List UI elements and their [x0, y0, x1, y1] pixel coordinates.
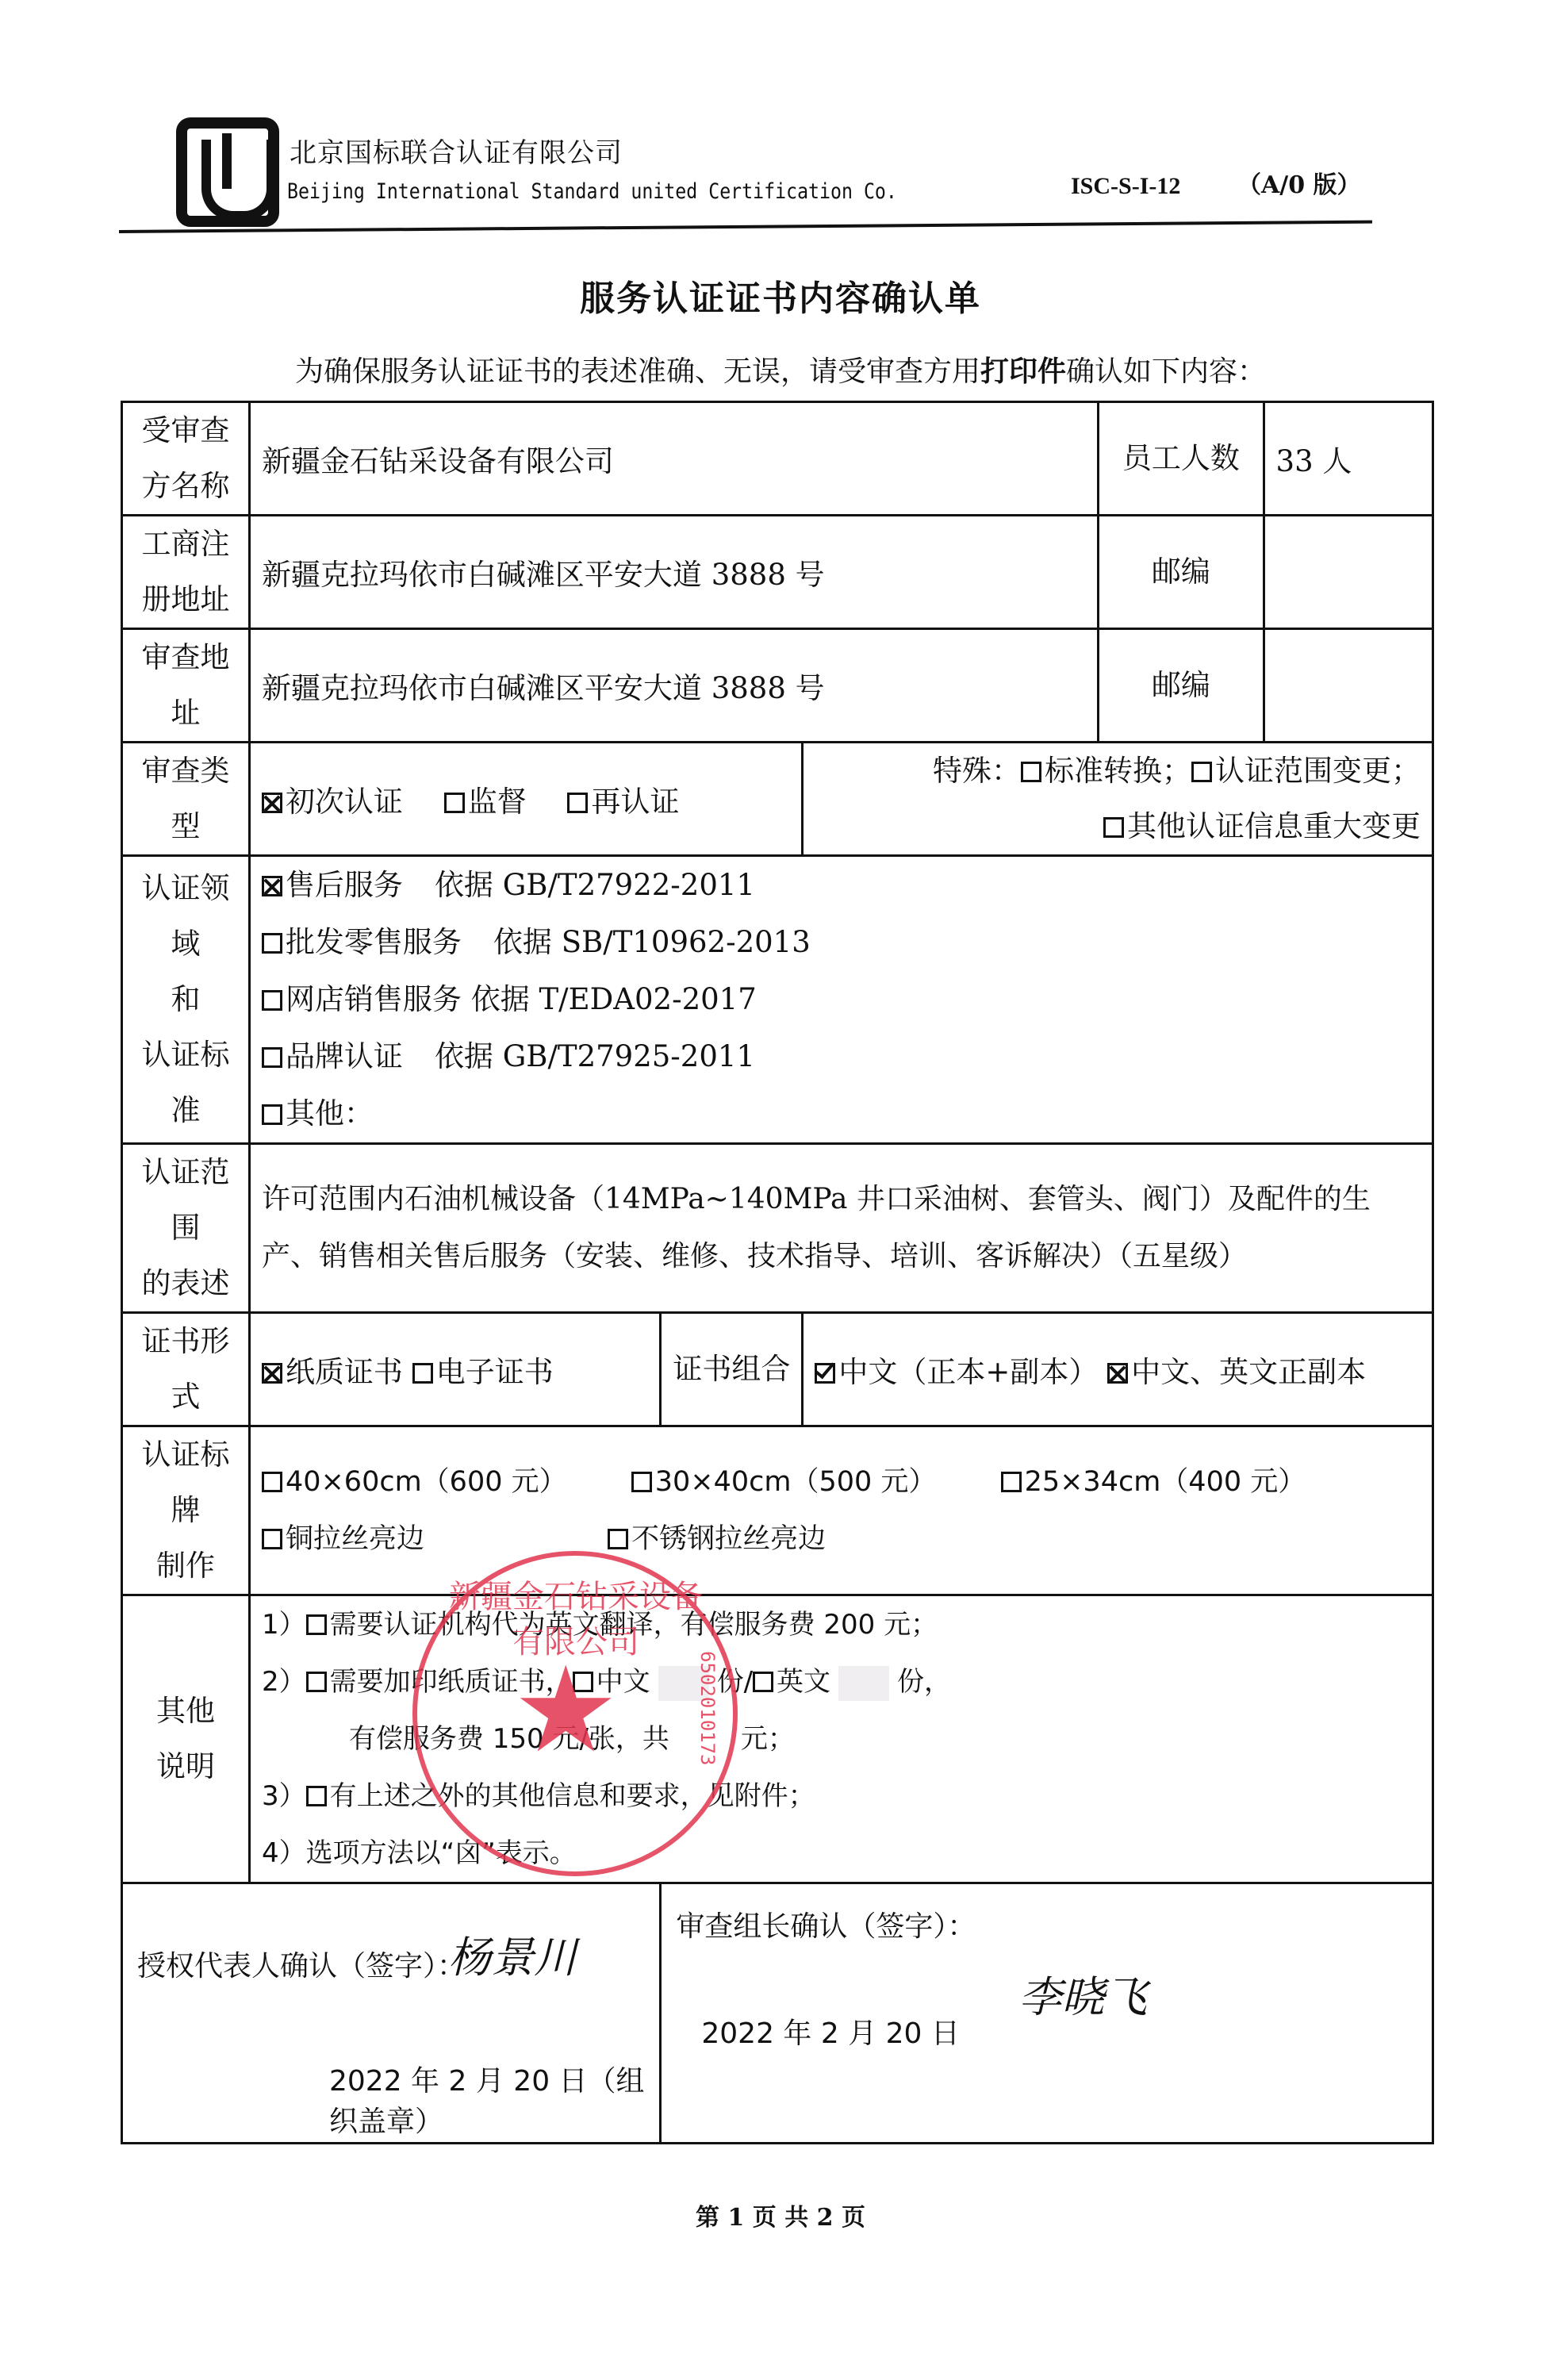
domain-label-line1: 认证领域 — [134, 861, 237, 972]
audit-address-label: 审查地址 — [122, 629, 250, 743]
row-domain: 认证领域 和 认证标准 售后服务依据 GB/T27922-2011 批发零售服务… — [122, 856, 1433, 1144]
after-sales-label: 售后服务 — [286, 868, 403, 902]
option-scope-change: 认证范围变更； — [1215, 754, 1421, 788]
seal-code: 6502010173 — [696, 1651, 719, 1766]
review-type-options: 初次认证 监督 再认证 — [249, 743, 802, 856]
domain-label-line2: 和 — [134, 972, 237, 1027]
checkbox-initial-cert[interactable] — [262, 793, 282, 813]
size-25x34-label: 25×34cm（400 元） — [1025, 1466, 1306, 1498]
row-signage: 认证标牌 制作 40×60cm（600 元） 30×40cm（500 元） 25… — [122, 1426, 1433, 1595]
wholesale-label: 批发零售服务 — [286, 925, 462, 959]
leader-date: 2022 年 2 月 20 日 — [701, 2011, 960, 2052]
intro-text: 为确保服务认证证书的表述准确、无误，请受审查方用打印件确认如下内容： — [0, 349, 1561, 390]
scope-label: 认证范围 的表述 — [122, 1144, 250, 1313]
checkbox-scope-change[interactable] — [1191, 762, 1212, 782]
domain-label: 认证领域 和 认证标准 — [122, 856, 250, 1144]
option-initial-cert: 初次认证 — [286, 785, 403, 819]
checkbox-paper-cert[interactable] — [262, 1363, 282, 1384]
domain-option-other: 其他： — [262, 1085, 1421, 1142]
row-company: 受审查方名称 新疆金石钻采设备有限公司 员工人数 33 人 — [122, 402, 1433, 516]
other-label: 其他 说明 — [122, 1595, 250, 1883]
intro-bold: 打印件 — [980, 355, 1066, 388]
checkbox-after-sales[interactable] — [262, 876, 282, 896]
intro-prefix: 为确保服务认证证书的表述准确、无误，请受审查方用 — [295, 355, 980, 388]
scope-line1: 许可范围内石油机械设备（14MPa~140MPa 井口采油树、套管头、阀门）及配… — [262, 1171, 1421, 1228]
checkbox-domain-other[interactable] — [262, 1104, 282, 1125]
checkbox-wholesale[interactable] — [262, 933, 282, 954]
audit-postcode-field[interactable] — [1264, 629, 1433, 743]
online-shop-label: 网店销售服务 — [286, 982, 462, 1016]
paper-cert-label: 纸质证书 — [286, 1355, 403, 1389]
row-scope: 认证范围 的表述 许可范围内石油机械设备（14MPa~140MPa 井口采油树、… — [122, 1144, 1433, 1313]
checkbox-standard-transfer[interactable] — [1021, 762, 1041, 782]
rep-signature-label: 授权代表人确认（签字）： — [137, 1944, 466, 1984]
domain-option-after-sales: 售后服务依据 GB/T27922-2011 — [262, 857, 1421, 914]
checkbox-size-30x40[interactable] — [631, 1472, 652, 1492]
other-label-line2: 说明 — [134, 1739, 237, 1795]
row-audit-address: 审查地址 新疆克拉玛依市白碱滩区平安大道 3888 号 邮编 — [122, 629, 1433, 743]
company-name-field[interactable]: 新疆金石钻采设备有限公司 — [249, 402, 1098, 516]
row-review-type: 审查类型 初次认证 监督 再认证 特殊：标准转换；认证范围变更； 其他认证信息重… — [122, 743, 1433, 856]
scope-label-line2: 的表述 — [134, 1256, 237, 1311]
domain-option-online-shop: 网店销售服务 依据 T/EDA02-2017 — [262, 971, 1421, 1028]
domain-option-wholesale: 批发零售服务依据 SB/T10962-2013 — [262, 914, 1421, 971]
reg-address-label: 工商注册地址 — [122, 516, 250, 629]
brand-label: 品牌认证 — [286, 1039, 403, 1073]
scope-line2: 产、销售相关售后服务（安装、维修、技术指导、培训、客诉解决）（五星级） — [262, 1228, 1421, 1285]
checkbox-electronic-cert[interactable] — [412, 1363, 433, 1384]
staff-count-label: 员工人数 — [1099, 402, 1264, 516]
checkbox-recert[interactable] — [567, 793, 588, 813]
signage-label-line2: 制作 — [134, 1538, 237, 1594]
item2-en-label: 英文 — [777, 1666, 830, 1698]
size-30x40-label: 30×40cm（500 元） — [655, 1466, 937, 1498]
wholesale-basis: 依据 SB/T10962-2013 — [493, 925, 811, 959]
domain-option-brand: 品牌认证依据 GB/T27925-2011 — [262, 1028, 1421, 1085]
signage-options: 40×60cm（600 元） 30×40cm（500 元） 25×34cm（40… — [249, 1426, 1433, 1595]
after-sales-basis: 依据 GB/T27922-2011 — [435, 868, 755, 902]
checkbox-translation[interactable] — [306, 1614, 327, 1635]
chinese-english-label: 中文、英文正副本 — [1131, 1355, 1366, 1389]
other-label-line1: 其他 — [134, 1683, 237, 1739]
cert-form-label: 证书形式 — [122, 1313, 250, 1426]
reg-postcode-label: 邮编 — [1099, 516, 1264, 629]
company-label: 受审查方名称 — [122, 402, 250, 516]
row-signatures: 授权代表人确认（签字）： 杨景川 2022 年 2 月 20 日（组织盖章） 审… — [122, 1883, 1433, 2144]
intro-suffix: 确认如下内容： — [1066, 355, 1266, 388]
electronic-cert-label: 电子证书 — [436, 1355, 554, 1389]
header-divider — [119, 221, 1372, 233]
option-surveillance: 监督 — [468, 785, 527, 819]
row-reg-address: 工商注册地址 新疆克拉玛依市白碱滩区平安大道 3888 号 邮编 — [122, 516, 1433, 629]
rep-date: 2022 年 2 月 20 日（组织盖章） — [329, 2059, 659, 2140]
copper-edge-label: 铜拉丝亮边 — [286, 1523, 424, 1555]
item2-fee-unit: 元； — [741, 1723, 795, 1755]
size-40x60-label: 40×60cm（600 元） — [286, 1466, 567, 1498]
row-cert-form: 证书形式 纸质证书 电子证书 证书组合 中文（正本+副本） 中文、英文正副本 — [122, 1313, 1433, 1426]
cert-combo-options: 中文（正本+副本） 中文、英文正副本 — [803, 1313, 1433, 1426]
doc-version: （A/0 版） — [1237, 165, 1361, 200]
extra-en-copies-input[interactable] — [838, 1666, 889, 1701]
audit-address-field[interactable]: 新疆克拉玛依市白碱滩区平安大道 3888 号 — [249, 629, 1098, 743]
checkbox-other-major-change[interactable] — [1103, 817, 1124, 838]
option-recert: 再认证 — [591, 785, 679, 819]
item1-num: 1） — [262, 1609, 306, 1641]
checkbox-copper-edge[interactable] — [262, 1529, 282, 1549]
reg-postcode-field[interactable] — [1264, 516, 1433, 629]
item2-unit2: 份， — [897, 1666, 951, 1698]
special-options: 特殊：标准转换；认证范围变更； 其他认证信息重大变更 — [803, 743, 1433, 856]
doc-code: ISC-S-I-12 — [1071, 173, 1180, 200]
reg-address-field[interactable]: 新疆克拉玛依市白碱滩区平安大道 3888 号 — [249, 516, 1098, 629]
cert-combo-label: 证书组合 — [661, 1313, 803, 1426]
chinese-only-label: 中文（正本+副本） — [838, 1355, 1098, 1389]
brand-basis: 依据 GB/T27925-2011 — [435, 1039, 755, 1073]
page-title: 服务认证证书内容确认单 — [0, 270, 1561, 321]
signage-label-line1: 认证标牌 — [134, 1427, 237, 1538]
isc-logo-icon — [176, 117, 279, 227]
domain-other-label: 其他： — [286, 1096, 374, 1130]
scope-label-line1: 认证范围 — [134, 1145, 237, 1256]
cert-form-options: 纸质证书 电子证书 — [249, 1313, 660, 1426]
audit-postcode-label: 邮编 — [1099, 629, 1264, 743]
checkbox-extra-paper[interactable] — [306, 1672, 327, 1692]
scope-text[interactable]: 许可范围内石油机械设备（14MPa~140MPa 井口采油树、套管头、阀门）及配… — [249, 1144, 1433, 1313]
page-number: 第 1 页 共 2 页 — [0, 2198, 1561, 2232]
org-name-en: Beijing International Standard united Ce… — [287, 179, 897, 204]
online-shop-basis: 依据 T/EDA02-2017 — [471, 982, 757, 1016]
rep-signature[interactable]: 杨景川 — [448, 1924, 577, 1985]
domain-label-line3: 认证标准 — [134, 1027, 237, 1138]
checkbox-chinese-english[interactable] — [1107, 1363, 1128, 1384]
leader-signature-cell: 审查组长确认（签字）： 李晓飞 2022 年 2 月 20 日 — [661, 1883, 1433, 2144]
checkbox-steel-edge[interactable] — [608, 1529, 628, 1549]
org-name-cn: 北京国标联合认证有限公司 — [290, 131, 623, 170]
special-label: 特殊： — [933, 754, 1021, 788]
option-other-major-change: 其他认证信息重大变更 — [1127, 809, 1421, 843]
checkbox-chinese-only[interactable] — [815, 1363, 835, 1384]
checkbox-attachment[interactable] — [306, 1786, 327, 1806]
leader-signature-label: 审查组长确认（签字）： — [676, 1904, 976, 1944]
checkbox-size-40x60[interactable] — [262, 1472, 282, 1492]
item2-num: 2） — [262, 1666, 306, 1698]
steel-edge-label: 不锈钢拉丝亮边 — [631, 1523, 826, 1555]
confirmation-form: 受审查方名称 新疆金石钻采设备有限公司 员工人数 33 人 工商注册地址 新疆克… — [121, 401, 1434, 2144]
company-seal: 新疆金石钻采设备有限公司 ★ 6502010173 — [412, 1551, 738, 1876]
leader-signature[interactable]: 李晓飞 — [1018, 1963, 1147, 2025]
item3-num: 3） — [262, 1780, 306, 1812]
checkbox-surveillance[interactable] — [444, 793, 465, 813]
rep-signature-cell: 授权代表人确认（签字）： 杨景川 2022 年 2 月 20 日（组织盖章） — [122, 1883, 661, 2144]
review-type-label: 审查类型 — [122, 743, 250, 856]
checkbox-brand[interactable] — [262, 1047, 282, 1068]
signage-label: 认证标牌 制作 — [122, 1426, 250, 1595]
row-other: 其他 说明 1）需要认证机构代为英文翻译，有偿服务费 200 元； 2）需要加印… — [122, 1595, 1433, 1883]
star-icon: ★ — [512, 1651, 619, 1770]
staff-count-field[interactable]: 33 人 — [1264, 402, 1433, 516]
option-standard-transfer: 标准转换； — [1045, 754, 1191, 788]
checkbox-extra-en[interactable] — [753, 1672, 773, 1692]
checkbox-online-shop[interactable] — [262, 990, 282, 1011]
checkbox-size-25x34[interactable] — [1001, 1472, 1022, 1492]
domain-options: 售后服务依据 GB/T27922-2011 批发零售服务依据 SB/T10962… — [249, 856, 1433, 1144]
